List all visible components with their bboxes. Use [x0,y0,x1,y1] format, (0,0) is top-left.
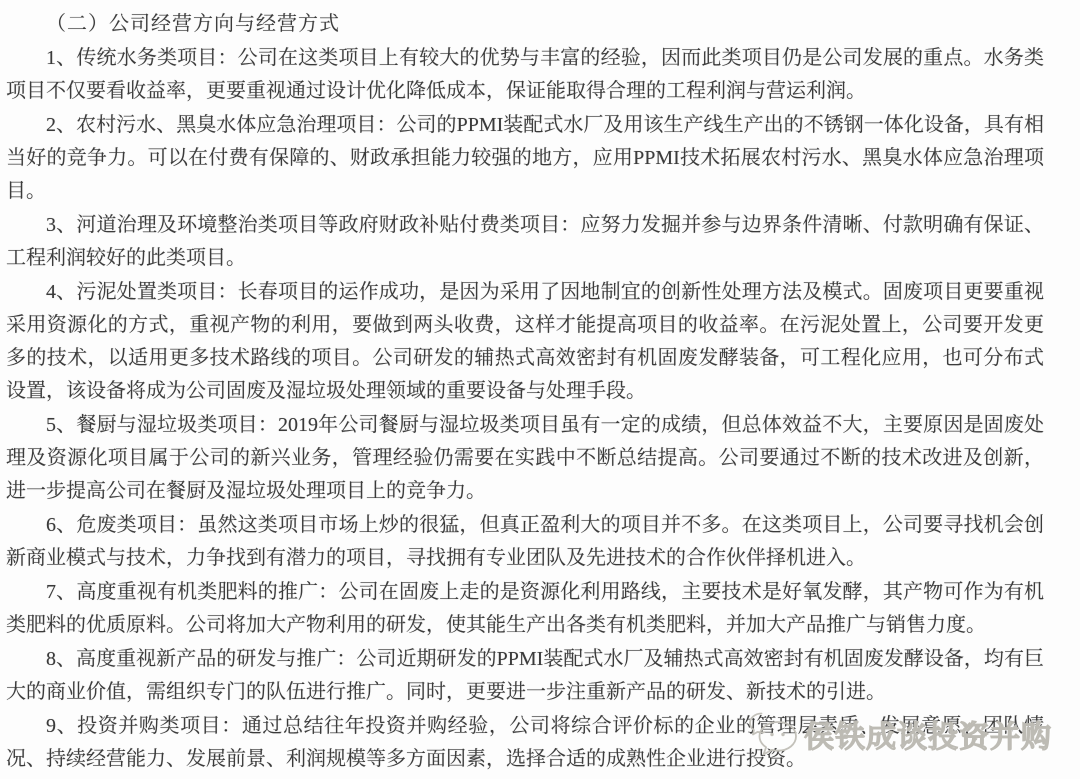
paragraph-sludge-disposal: 4、污泥处置类项目：长春项目的运作成功，是因为采用了因地制宜的创新性处理方法及模… [6,276,1044,408]
paragraph-river-regulation: 3、河道治理及环境整治类项目等政府财政补贴付费类项目：应努力发掘并参与边界条件清… [6,209,1044,275]
paragraph-traditional-water: 1、传统水务类项目：公司在这类项目上有较大的优势与丰富的经验，因而此类项目仍是公… [6,42,1044,108]
section-heading: （二）公司经营方向与经营方式 [6,7,1044,41]
paragraph-rural-sewage: 2、农村污水、黑臭水体应急治理项目：公司的PPMI装配式水厂及用该生产线生产出的… [6,109,1044,208]
paragraph-hazardous-waste: 6、危废类项目：虽然这类项目市场上炒的很猛，但真正盈利大的项目并不多。在这类项目… [6,509,1044,575]
paragraph-new-product-rd: 8、高度重视新产品的研发与推广：公司近期研发的PPMI装配式水厂及辅热式高效密封… [6,643,1044,709]
paragraph-investment-ma: 9、投资并购类项目：通过总结往年投资并购经验，公司将综合评价标的企业的管理层素质… [6,710,1044,776]
paragraph-kitchen-wet-waste: 5、餐厨与湿垃圾类项目：2019年公司餐厨与湿垃圾类项目虽有一定的成绩，但总体效… [6,409,1044,508]
paragraph-organic-fertilizer: 7、高度重视有机类肥料的推广：公司在固废上走的是资源化利用路线，主要技术是好氧发… [6,576,1044,642]
document-page: （二）公司经营方向与经营方式 1、传统水务类项目：公司在这类项目上有较大的优势与… [0,0,1080,779]
